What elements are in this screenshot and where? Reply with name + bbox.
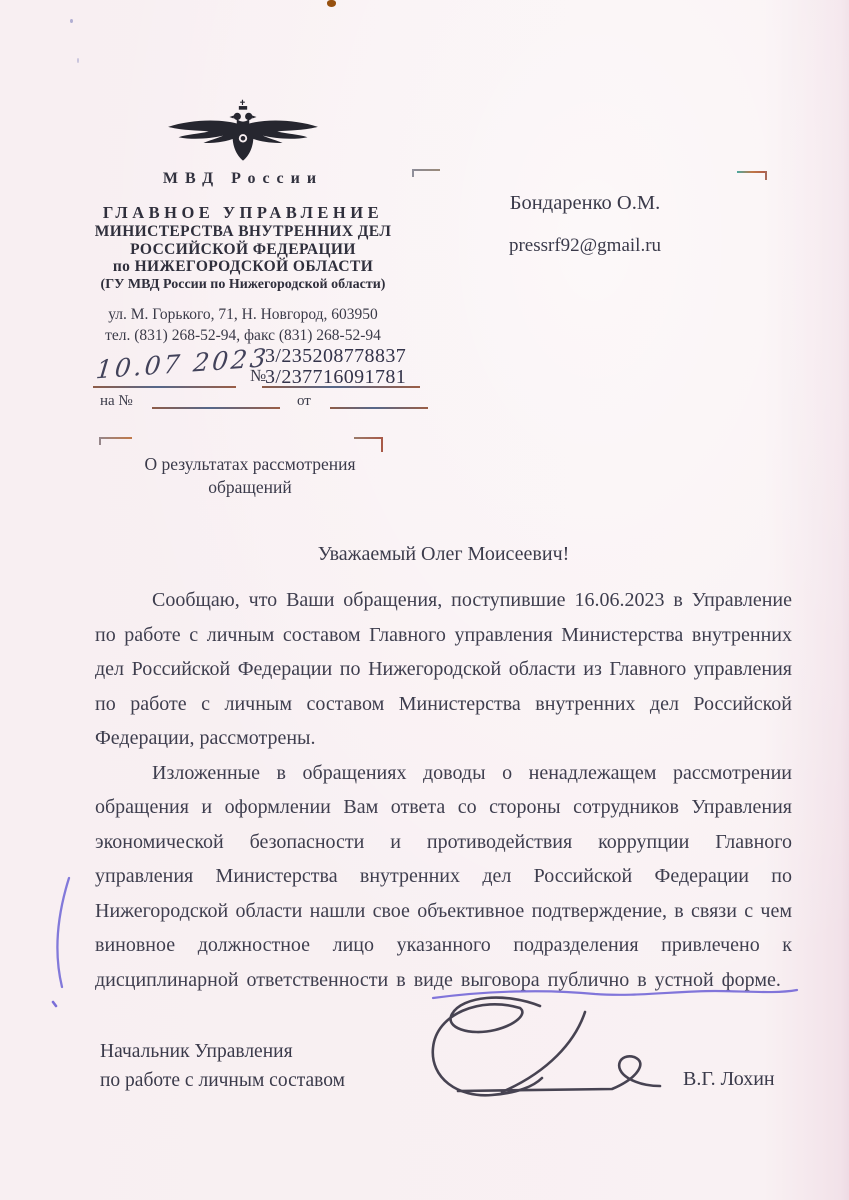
recipient-zone-corner-mark-right <box>737 171 767 181</box>
pen-margin-mark <box>40 865 90 1015</box>
handwritten-signature <box>408 985 678 1105</box>
subject-zone-corner-mark-left <box>99 437 132 446</box>
body-line: по работе с личным составом Министерства… <box>95 687 792 722</box>
subject-line: О результатах рассмотрения <box>120 453 380 476</box>
scan-speck <box>70 19 73 23</box>
body-line: Изложенные в обращениях доводы о ненадле… <box>95 756 792 791</box>
org-name-line: по НИЖЕГОРОДСКОЙ ОБЛАСТИ <box>85 258 401 276</box>
scan-speck <box>327 0 336 7</box>
agency-short-name: МВД России <box>85 170 401 188</box>
body-line: виновное должностное лицо указанного под… <box>95 928 792 963</box>
signer-name: В.Г. Лохин <box>683 1068 775 1091</box>
letterhead: МВД России ГЛАВНОЕ УПРАВЛЕНИЕ МИНИСТЕРСТ… <box>85 94 401 347</box>
handwritten-date: 10.07 2023 <box>95 345 248 385</box>
body-line: Нижегородской области нашли свое объекти… <box>95 894 792 929</box>
scanned-letter-page: МВД России ГЛАВНОЕ УПРАВЛЕНИЕ МИНИСТЕРСТ… <box>0 0 849 1200</box>
body-line: экономической безопасности и противодейс… <box>95 825 792 860</box>
signer-title: Начальник Управления по работе с личным … <box>100 1038 345 1095</box>
org-address: ул. М. Горького, 71, Н. Новгород, 603950… <box>85 304 401 347</box>
body-line: обращения и оформлении Вам ответа со сто… <box>95 790 792 825</box>
subject-line: обращений <box>120 476 380 499</box>
body-line: дисциплинарной ответственности в виде вы… <box>95 963 792 998</box>
body-line: Сообщаю, что Ваши обращения, поступившие… <box>95 583 792 618</box>
recipient-block: Бондаренко О.М. pressrf92@gmail.ru <box>420 192 750 257</box>
greeting: Уважаемый Олег Моисеевич! <box>95 543 792 566</box>
mvd-eagle-emblem-icon <box>165 94 321 168</box>
reply-number-label: на № <box>100 393 133 410</box>
recipient-name: Бондаренко О.М. <box>420 192 750 215</box>
org-abbreviation: (ГУ МВД России по Нижегородской области) <box>85 276 401 293</box>
date-underline <box>93 386 236 388</box>
letter-body: Сообщаю, что Ваши обращения, поступившие… <box>95 583 792 997</box>
scan-speck <box>77 58 79 63</box>
subject-zone-corner-mark-right <box>354 437 383 453</box>
body-line: по работе с личным составом Главного упр… <box>95 618 792 653</box>
number-sign-label: № <box>250 366 266 386</box>
body-line: дел Российской Федерации по Нижегородско… <box>95 652 792 687</box>
org-name-line: МИНИСТЕРСТВА ВНУТРЕННИХ ДЕЛ <box>85 223 401 241</box>
number-underline <box>262 386 420 388</box>
org-name-line: ГЛАВНОЕ УПРАВЛЕНИЕ <box>85 203 401 223</box>
address-phone: тел. (831) 268-52-94, факс (831) 268-52-… <box>85 325 401 347</box>
subject-block: О результатах рассмотрения обращений <box>120 453 380 499</box>
body-line: Федерации, рассмотрены. <box>95 721 792 756</box>
reply-number-blank-line <box>152 407 280 409</box>
body-line: управления Министерства внутренних дел Р… <box>95 859 792 894</box>
address-street: ул. М. Горького, 71, Н. Новгород, 603950 <box>85 304 401 326</box>
signer-title-line: Начальник Управления <box>100 1038 345 1067</box>
reply-date-label: от <box>297 393 311 410</box>
recipient-zone-corner-mark-left <box>412 169 440 178</box>
recipient-email: pressrf92@gmail.ru <box>420 235 750 257</box>
reply-date-blank-line <box>330 407 428 409</box>
signer-title-line: по работе с личным составом <box>100 1067 345 1096</box>
org-name-line: РОССИЙСКОЙ ФЕДЕРАЦИИ <box>85 241 401 259</box>
outgoing-number-1: 3/235208778837 <box>265 345 406 368</box>
